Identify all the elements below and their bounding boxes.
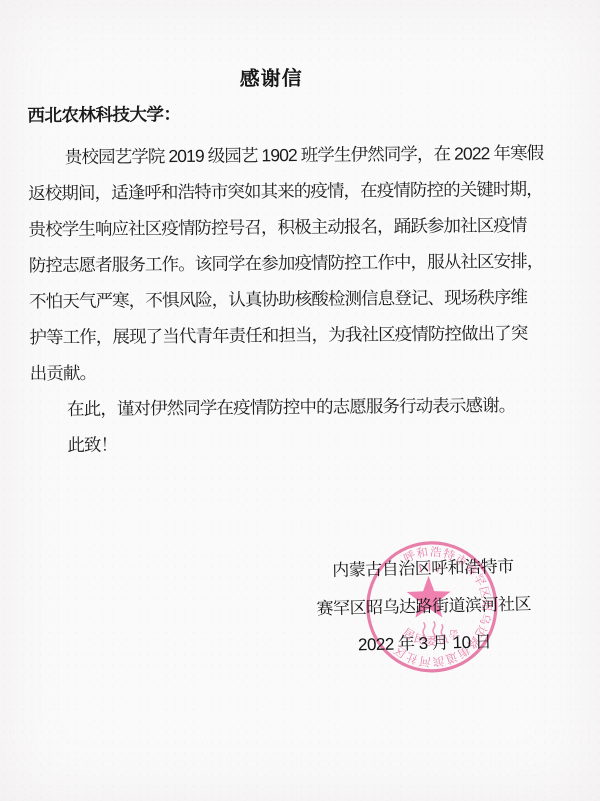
body-line: 护等工作，展现了当代青年责任和担当，为我社区疫情防控做出了突 (29, 315, 551, 356)
body-line: 返校期间，适逢呼和浩特市突如其来的疫情，在疫情防控的关键时期， (28, 171, 550, 212)
body-line: 不怕天气严寒，不惧风险，认真协助核酸检测信息登记、现场秩序维 (29, 279, 551, 320)
body-line: 贵校园艺学院 2019 级园艺 1902 班学生伊然同学，在 2022 年寒假 (28, 135, 550, 176)
signature-date: 2022 年 3 月 10 日 (282, 622, 567, 666)
body-line-thanks: 在此，谨对伊然同学在疫情防控中的志愿服务行动表示感谢。 (30, 387, 552, 428)
signature-org-line2: 赛罕区昭乌达路街道滨河社区 (281, 584, 566, 628)
body-line: 贵校学生响应社区疫情防控号召，积极主动报名，踊跃参加社区疫情 (28, 207, 550, 248)
body-line-closing: 此致！ (30, 423, 552, 464)
scan-content: 感谢信 西北农林科技大学： 贵校园艺学院 2019 级园艺 1902 班学生伊然… (0, 0, 600, 801)
body-line: 防控志愿者服务工作。该同学在参加疫情防控工作中，服从社区安排， (29, 243, 551, 284)
letter-title: 感谢信 (0, 60, 545, 94)
scanned-letter-page: 感谢信 西北农林科技大学： 贵校园艺学院 2019 级园艺 1902 班学生伊然… (0, 0, 600, 801)
letter-body: 贵校园艺学院 2019 级园艺 1902 班学生伊然同学，在 2022 年寒假 … (28, 135, 553, 464)
letter-salutation: 西北农林科技大学： (27, 101, 180, 127)
signature-org-line1: 内蒙古自治区呼和浩特市 (281, 547, 566, 591)
body-line: 出贡献。 (30, 351, 552, 392)
signature-block: 内蒙古自治区呼和浩特市 赛罕区昭乌达路街道滨河社区 2022 年 3 月 10 … (281, 547, 567, 666)
